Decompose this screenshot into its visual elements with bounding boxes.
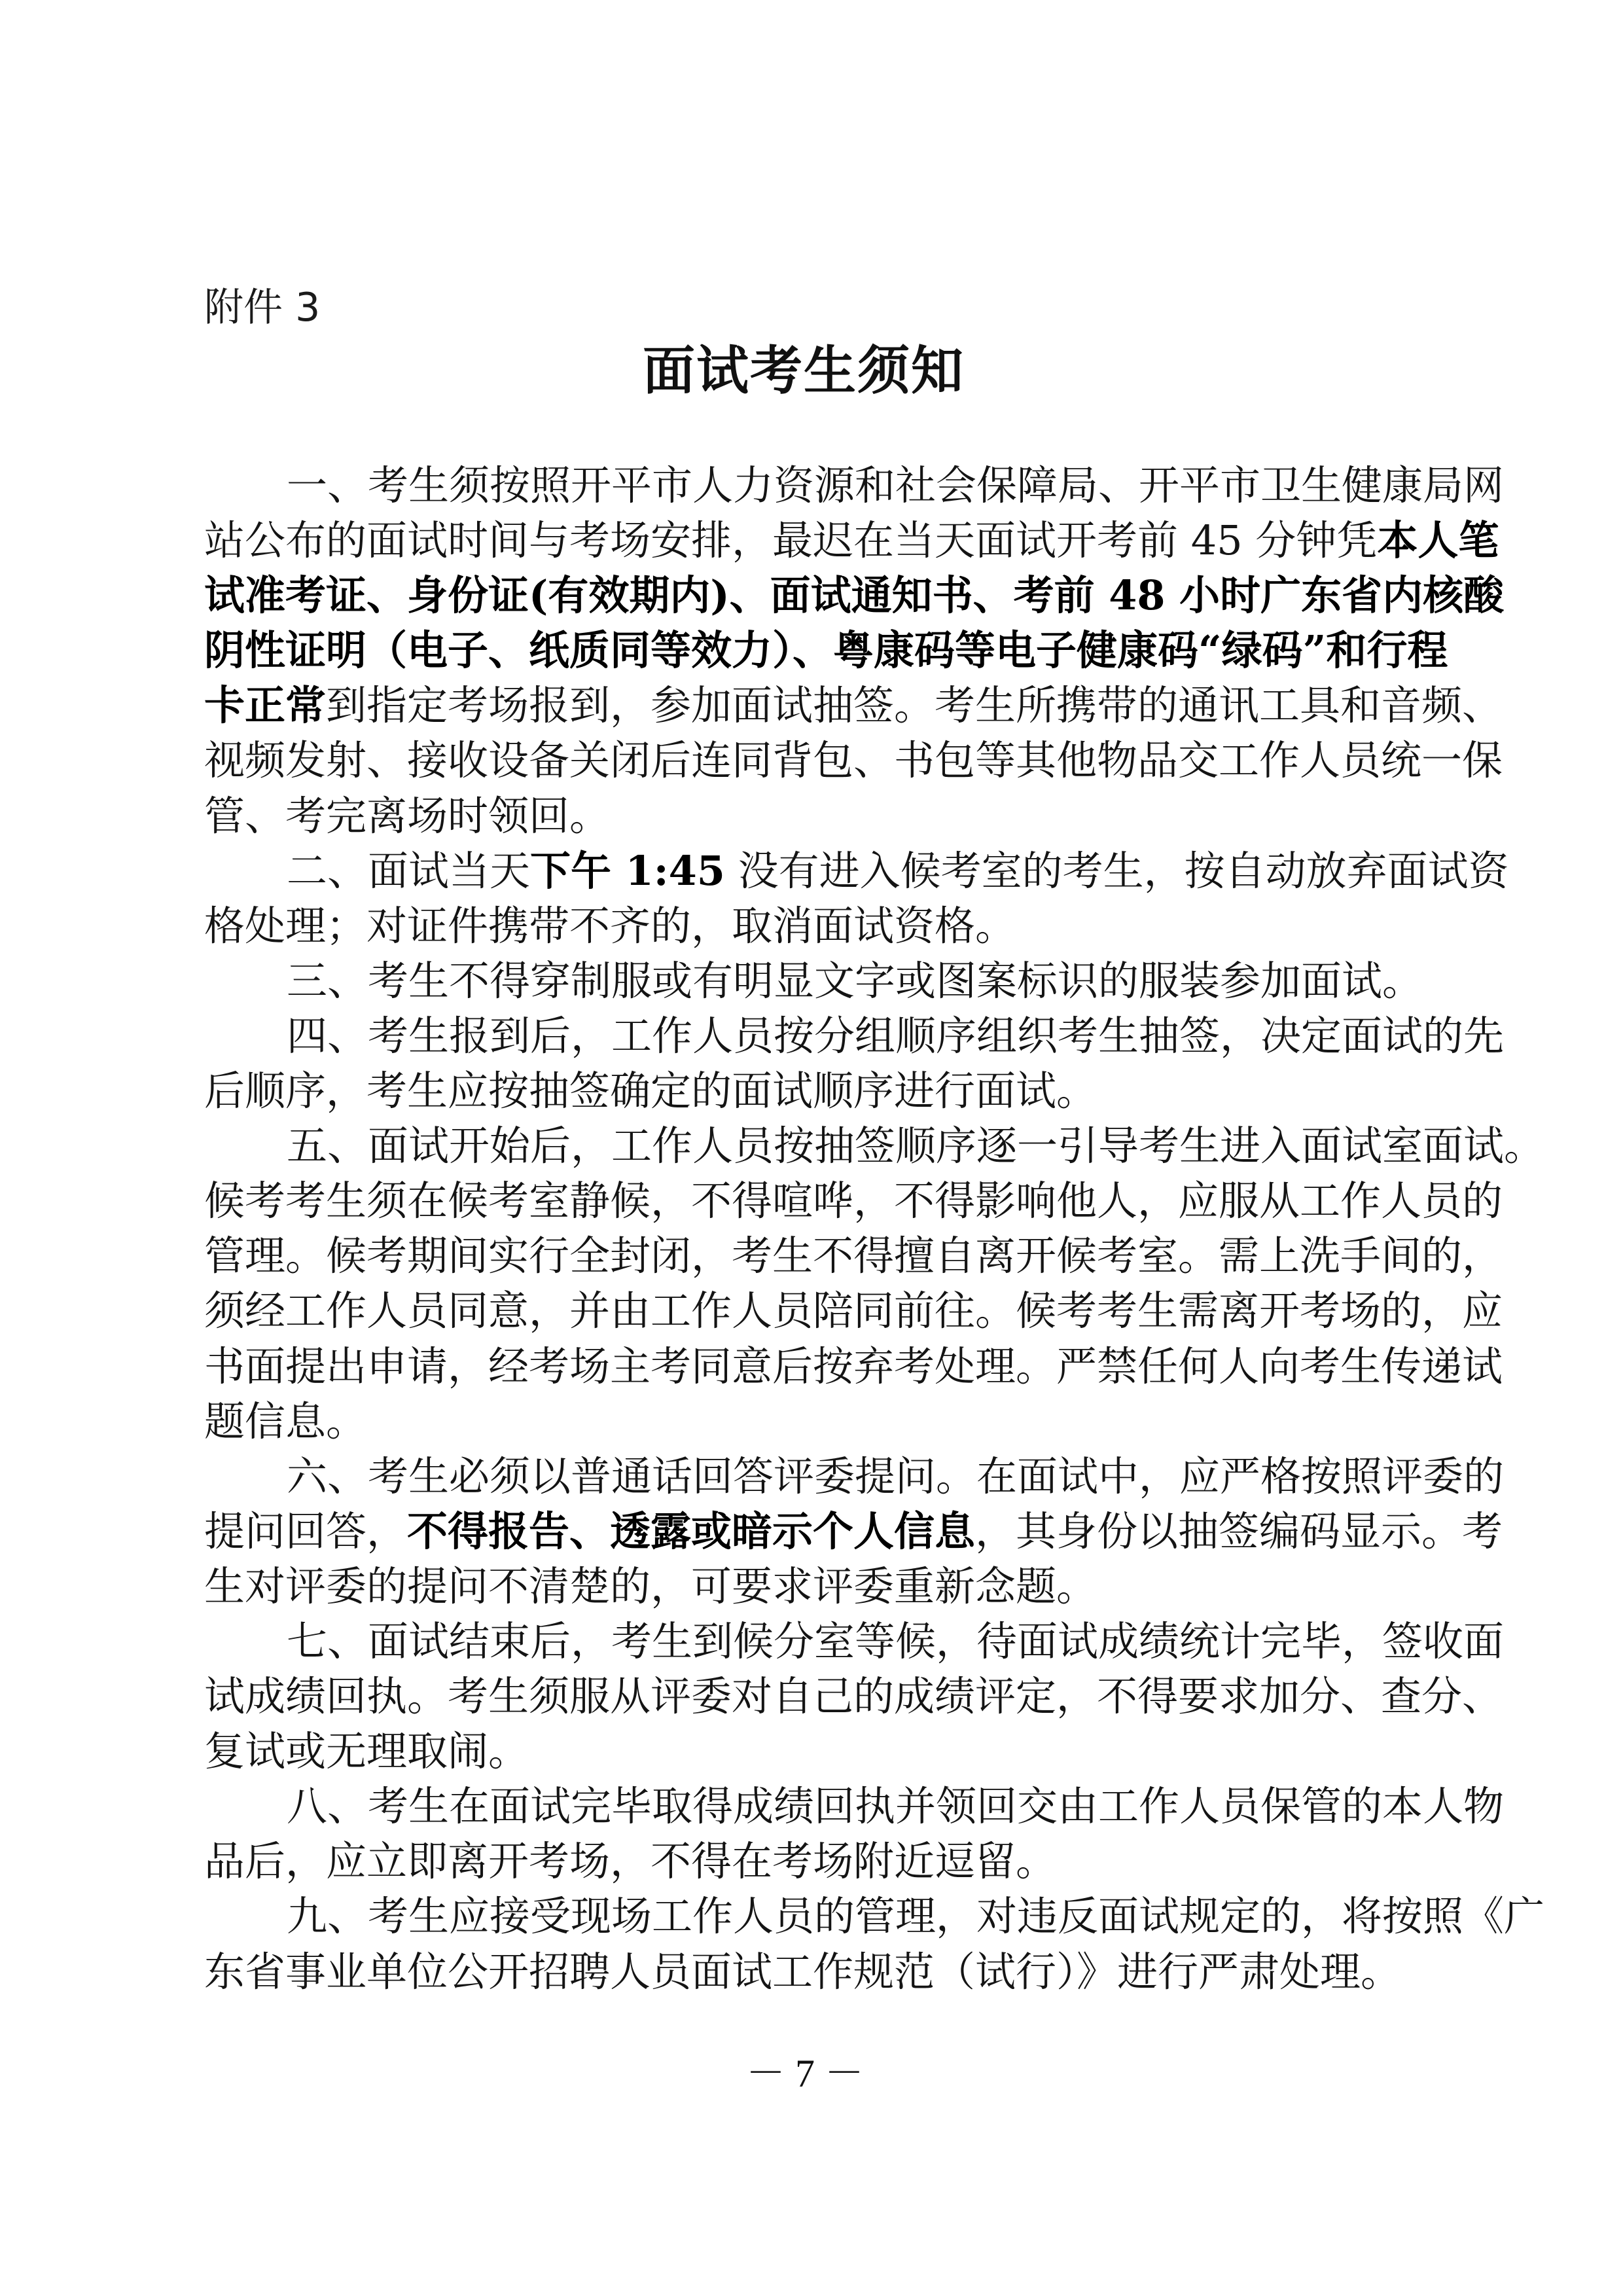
text-segment: 没有进入候考室的考生，按自动放弃面试资	[725, 847, 1509, 895]
text-segment: 东省事业单位公开招聘人员面试工作规范（试行）》进行严肃处理。	[204, 1948, 1401, 1996]
text-segment: 提问回答，	[204, 1507, 407, 1555]
paragraph-line: 九、考生应接受现场工作人员的管理，对违反面试规定的，将按照《广	[204, 1889, 1408, 1944]
paragraph-line: 三、考生不得穿制服或有明显文字或图案标识的服装参加面试。	[204, 954, 1408, 1009]
paragraph-line: 须经工作人员同意，并由工作人员陪同前往。候考考生需离开考场的，应	[204, 1283, 1408, 1338]
paragraph-line: 六、考生必须以普通话回答评委提问。在面试中，应严格按照评委的	[204, 1449, 1408, 1504]
text-segment: 九、考生应接受现场工作人员的管理，对违反面试规定的，将按照《广	[287, 1892, 1544, 1940]
paragraph-line: 东省事业单位公开招聘人员面试工作规范（试行）》进行严肃处理。	[204, 1945, 1408, 2000]
paragraph-line: 题信息。	[204, 1394, 1408, 1449]
text-segment: 站公布的面试时间与考场安排，最迟在当天面试开考前 45 分钟凭	[204, 516, 1377, 564]
text-segment: 二、面试当天	[287, 847, 530, 895]
text-segment: 候考考生须在候考室静候，不得喧哗，不得影响他人，应服从工作人员的	[204, 1177, 1503, 1225]
text-segment: 四、考生报到后，工作人员按分组顺序组织考生抽签，决定面试的先	[287, 1012, 1504, 1060]
text-segment: 五、面试开始后，工作人员按抽签顺序逐一引导考生进入面试室面试。	[287, 1122, 1544, 1170]
notice-paragraph-3: 三、考生不得穿制服或有明显文字或图案标识的服装参加面试。	[204, 954, 1408, 1009]
notice-paragraph-1: 一、考生须按照开平市人力资源和社会保障局、开平市卫生健康局网站公布的面试时间与考…	[204, 458, 1408, 844]
bold-text-segment: 阴性证明（电子、纸质同等效力）、粤康码等电子健康码“绿码”和行程	[204, 626, 1448, 674]
bold-text-segment: 试准考证、身份证(有效期内)、面试通知书、考前 48 小时广东省内核酸	[204, 571, 1504, 619]
text-segment: 到指定考场报到，参加面试抽签。考生所携带的通讯工具和音频、	[326, 681, 1503, 729]
paragraph-line: 格处理；对证件携带不齐的，取消面试资格。	[204, 899, 1408, 954]
paragraph-line: 二、面试当天下午 1:45 没有进入候考室的考生，按自动放弃面试资	[204, 844, 1408, 899]
notice-paragraph-9: 九、考生应接受现场工作人员的管理，对违反面试规定的，将按照《广东省事业单位公开招…	[204, 1889, 1408, 1999]
paragraph-line: 五、面试开始后，工作人员按抽签顺序逐一引导考生进入面试室面试。	[204, 1119, 1408, 1174]
paragraph-line: 管理。候考期间实行全封闭，考生不得擅自离开候考室。需上洗手间的，	[204, 1229, 1408, 1283]
paragraph-line: 管、考完离场时领回。	[204, 789, 1408, 844]
text-segment: 一、考生须按照开平市人力资源和社会保障局、开平市卫生健康局网	[287, 461, 1504, 509]
paragraph-line: 一、考生须按照开平市人力资源和社会保障局、开平市卫生健康局网	[204, 458, 1408, 513]
paragraph-line: 试准考证、身份证(有效期内)、面试通知书、考前 48 小时广东省内核酸	[204, 568, 1408, 623]
text-segment: 格处理；对证件携带不齐的，取消面试资格。	[204, 902, 1016, 950]
text-segment: 品后，应立即离开考场，不得在考场附近逗留。	[204, 1837, 1056, 1885]
text-segment: 管、考完离场时领回。	[204, 792, 610, 840]
text-segment: 试成绩回执。考生须服从评委对自己的成绩评定，不得要求加分、查分、	[204, 1672, 1503, 1720]
paragraph-line: 七、面试结束后，考生到候分室等候，待面试成绩统计完毕，签收面	[204, 1614, 1408, 1669]
bold-text-segment: 本人笔	[1377, 516, 1499, 564]
notice-paragraph-8: 八、考生在面试完毕取得成绩回执并领回交由工作人员保管的本人物品后，应立即离开考场…	[204, 1779, 1408, 1889]
paragraph-line: 复试或无理取闹。	[204, 1724, 1408, 1779]
text-segment: 六、考生必须以普通话回答评委提问。在面试中，应严格按照评委的	[287, 1452, 1504, 1500]
notice-body: 一、考生须按照开平市人力资源和社会保障局、开平市卫生健康局网站公布的面试时间与考…	[204, 458, 1408, 2000]
text-segment: 管理。候考期间实行全封闭，考生不得擅自离开候考室。需上洗手间的，	[204, 1232, 1503, 1280]
page-title: 面试考生须知	[0, 338, 1607, 403]
text-segment: 三、考生不得穿制服或有明显文字或图案标识的服装参加面试。	[287, 957, 1423, 1005]
paragraph-line: 站公布的面试时间与考场安排，最迟在当天面试开考前 45 分钟凭本人笔	[204, 513, 1408, 568]
notice-paragraph-5: 五、面试开始后，工作人员按抽签顺序逐一引导考生进入面试室面试。候考考生须在候考室…	[204, 1119, 1408, 1449]
bold-text-segment: 卡正常	[204, 681, 326, 729]
attachment-label: 附件 3	[204, 283, 320, 332]
bold-text-segment: 下午 1:45	[530, 847, 725, 895]
notice-paragraph-6: 六、考生必须以普通话回答评委提问。在面试中，应严格按照评委的提问回答，不得报告、…	[204, 1449, 1408, 1614]
text-segment: ，其身份以抽签编码显示。考	[975, 1507, 1503, 1555]
text-segment: 视频发射、接收设备关闭后连同背包、书包等其他物品交工作人员统一保	[204, 736, 1503, 784]
notice-paragraph-7: 七、面试结束后，考生到候分室等候，待面试成绩统计完毕，签收面试成绩回执。考生须服…	[204, 1614, 1408, 1779]
paragraph-line: 书面提出申请，经考场主考同意后按弃考处理。严禁任何人向考生传递试	[204, 1339, 1408, 1394]
paragraph-line: 提问回答，不得报告、透露或暗示个人信息，其身份以抽签编码显示。考	[204, 1504, 1408, 1559]
text-segment: 须经工作人员同意，并由工作人员陪同前往。候考考生需离开考场的，应	[204, 1287, 1503, 1335]
paragraph-line: 品后，应立即离开考场，不得在考场附近逗留。	[204, 1834, 1408, 1889]
text-segment: 后顺序，考生应按抽签确定的面试顺序进行面试。	[204, 1067, 1097, 1115]
text-segment: 题信息。	[204, 1397, 366, 1445]
paragraph-line: 视频发射、接收设备关闭后连同背包、书包等其他物品交工作人员统一保	[204, 733, 1408, 788]
paragraph-line: 候考考生须在候考室静候，不得喧哗，不得影响他人，应服从工作人员的	[204, 1174, 1408, 1229]
notice-paragraph-2: 二、面试当天下午 1:45 没有进入候考室的考生，按自动放弃面试资格处理；对证件…	[204, 844, 1408, 954]
paragraph-line: 试成绩回执。考生须服从评委对自己的成绩评定，不得要求加分、查分、	[204, 1669, 1408, 1724]
bold-text-segment: 不得报告、透露或暗示个人信息	[407, 1507, 975, 1555]
text-segment: 七、面试结束后，考生到候分室等候，待面试成绩统计完毕，签收面	[287, 1617, 1504, 1665]
page-number: － 7 －	[0, 2047, 1610, 2100]
text-segment: 八、考生在面试完毕取得成绩回执并领回交由工作人员保管的本人物	[287, 1782, 1504, 1830]
paragraph-line: 八、考生在面试完毕取得成绩回执并领回交由工作人员保管的本人物	[204, 1779, 1408, 1834]
document-page: 附件 3 面试考生须知 一、考生须按照开平市人力资源和社会保障局、开平市卫生健康…	[0, 0, 1623, 2296]
paragraph-line: 卡正常到指定考场报到，参加面试抽签。考生所携带的通讯工具和音频、	[204, 678, 1408, 733]
paragraph-line: 生对评委的提问不清楚的，可要求评委重新念题。	[204, 1559, 1408, 1614]
notice-paragraph-4: 四、考生报到后，工作人员按分组顺序组织考生抽签，决定面试的先后顺序，考生应按抽签…	[204, 1009, 1408, 1119]
text-segment: 书面提出申请，经考场主考同意后按弃考处理。严禁任何人向考生传递试	[204, 1342, 1503, 1390]
paragraph-line: 四、考生报到后，工作人员按分组顺序组织考生抽签，决定面试的先	[204, 1009, 1408, 1064]
paragraph-line: 后顺序，考生应按抽签确定的面试顺序进行面试。	[204, 1064, 1408, 1119]
text-segment: 生对评委的提问不清楚的，可要求评委重新念题。	[204, 1562, 1097, 1610]
text-segment: 复试或无理取闹。	[204, 1727, 529, 1775]
paragraph-line: 阴性证明（电子、纸质同等效力）、粤康码等电子健康码“绿码”和行程	[204, 623, 1408, 678]
